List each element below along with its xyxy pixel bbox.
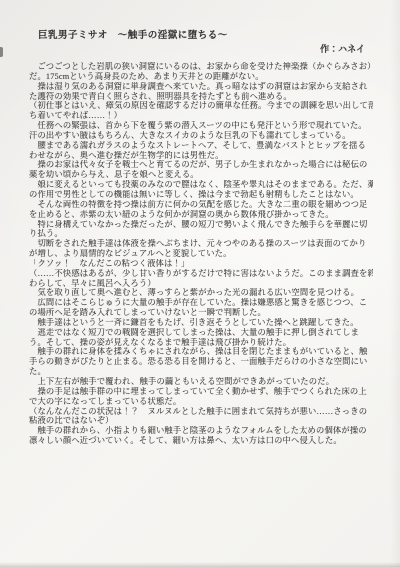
body-text-line: ごつごつとした岩肌の狭い洞窟にいるのは、お家から命を受けた神楽操（かぐらみさお） — [29, 62, 373, 72]
body-text-line: を止めると、赤紫の太い紐のような何かが洞窟の奥から数体飛び掛かってきた。 — [29, 210, 373, 220]
body-text-line: 触手の群れから、小指よりも細い触手と陰茎のようなフォルムをした太めの個体が操の — [29, 426, 373, 436]
body-text-line: 触手の群れに身体を揉みくちゃにされながら、操は目を閉じたままもがいていると、触 — [29, 347, 373, 357]
body-text-line: が増し、より扇情的なビジュアルへと変貌していた。 — [29, 249, 373, 259]
scan-edge-shade — [390, 0, 400, 567]
author-credit: 作：ハネイ — [320, 42, 365, 55]
body-text-line: 操のお家は代々女子を戦士へと育てるのだが、男子しか生まれなかった場合には秘伝の — [29, 160, 373, 170]
body-text-line: う。そして、操の姿が見えなくなるまで触手達は飛び掛かり続けた。 — [29, 338, 373, 348]
body-text-line: 特に身構えていなかった操だったが、腰の短刀で勢いよく飛んできた触手らを華麗に切 — [29, 220, 373, 230]
body-text-line: 腰まである濡れガラスのようなストレートヘア、そして、豊満なバストとヒップを揺る — [29, 141, 373, 151]
scan-bottom-shadow — [0, 562, 400, 567]
body-text-line: 任務への緊張は、首から下を覆う紫の潜入スーツの中にも発汗という形で現れていた。 — [29, 121, 373, 131]
body-text-line: 気を取り直して奥へ進むと、薄っすらと紫がかった光の漏れる広い空間を見つける。 — [29, 288, 373, 298]
scanned-text-page: 巨乳男子ミサオ ～触手の淫獄に堕ちる～ 作：ハネイ ごつごつとした岩肌の狭い洞窟… — [0, 0, 400, 567]
body-text-line: 凛々しい顔へ近づいていく。そして、細い方は鼻へ、太い方は口の中へ侵入した。 — [29, 436, 373, 446]
body-text: ごつごつとした岩肌の狭い洞窟にいるのは、お家から命を受けた神楽操（かぐらみさお）… — [29, 62, 373, 446]
body-text-line: 「クソッ！ なんだこの粘つく液体は！」 — [29, 259, 373, 269]
body-text-line: （なんなんだこの状況は！？ ヌルヌルとした触手に囲まれて気持ちが悪い……さっきの — [29, 407, 373, 417]
body-text-line: の作用で男性としての機能は無いに等しく、操は今まで勃起も射精もしたことはない。 — [29, 190, 373, 200]
body-text-line: 娘に変えるといっても投薬のみなので膣はなく、陰茎や睾丸はそのままである。ただ、薬 — [29, 180, 373, 190]
body-text-line: （……不快感はあるが、少し甘い香りがするだけで特に害はないようだ。このまま調査を… — [29, 269, 373, 279]
body-text-line: 逃走ではなく短刀での戦闘を選択してしまった操は、大量の触手に押し倒されてしま — [29, 328, 373, 338]
body-text-line: 操の手足は触手群の中に埋まってしまっていて全く動かせず、触手でつくられた床の上 — [29, 387, 373, 397]
scan-artifact-speck — [0, 47, 3, 57]
body-text-line: の場所へ足を踏み入れてしまっていけないと一瞬で判断した。 — [29, 308, 373, 318]
body-text-line: 汗の出やすい腋はもちろん、大きなスイカのような巨乳の下も濡れてしまっている。 — [29, 131, 373, 141]
body-text-line: そんな両性の特徴を持つ操は前方に何かの気配を感じた。大きな二重の眼を細めつつ足 — [29, 200, 373, 210]
body-text-line: 操は湿り気のある洞窟に単身調査へ来ていた。真っ暗なはずの洞窟はお家から支給され — [29, 82, 373, 92]
body-text-line: 切断をされた触手達は体液を操へぶちまけ、元々つやのある操のスーツは表面のてかり — [29, 239, 373, 249]
body-text-line: わらして、早々に風呂へ入ろう） — [29, 279, 373, 289]
body-text-line: 手らの動きがぴたりと止まる。恐る恐る目を開けると、一面触手だらけの小さな空間にい — [29, 357, 373, 367]
body-text-line: ち着いてやれば……！） — [29, 111, 373, 121]
body-text-line: 触手達はというと一斉に鎌首をもたげ、引き返そうとしていた操へと跳躍してきた。 — [29, 318, 373, 328]
body-text-line: （初仕事とはいえ、瘴気の原因を確認するだけの簡単な任務。今までの訓練を思い出して… — [29, 101, 373, 111]
body-text-line: り払う。 — [29, 229, 373, 239]
body-text-line: た護符の効果で青白く照らされ、照明器具を持たずとも前へ進める。 — [29, 92, 373, 102]
body-text-line: で大の字になってしまっている状態だ。 — [29, 397, 373, 407]
body-text-line: わせながら、奥へ進む操だが生物学的には男性だ。 — [29, 151, 373, 161]
body-text-line: 薬を幼い頃から与え、息子を娘へと変える。 — [29, 170, 373, 180]
body-text-line: 粘液の比ではないぞ） — [29, 416, 373, 426]
body-text-line: 上下左右が触手で覆われ、触手の繭ともいえる空間ができあがっていたのだ。 — [29, 377, 373, 387]
page-title: 巨乳男子ミサオ ～触手の淫獄に堕ちる～ — [38, 27, 370, 41]
body-text-line: 広間にはそこらじゅうに大量の触手が存在していた。操は嫌悪感と驚きを感じつつ、こ — [29, 298, 373, 308]
body-text-line: た。 — [29, 367, 373, 377]
body-text-line: だ。175cmという高身長のため、あまり天井との距離がない。 — [29, 72, 373, 82]
